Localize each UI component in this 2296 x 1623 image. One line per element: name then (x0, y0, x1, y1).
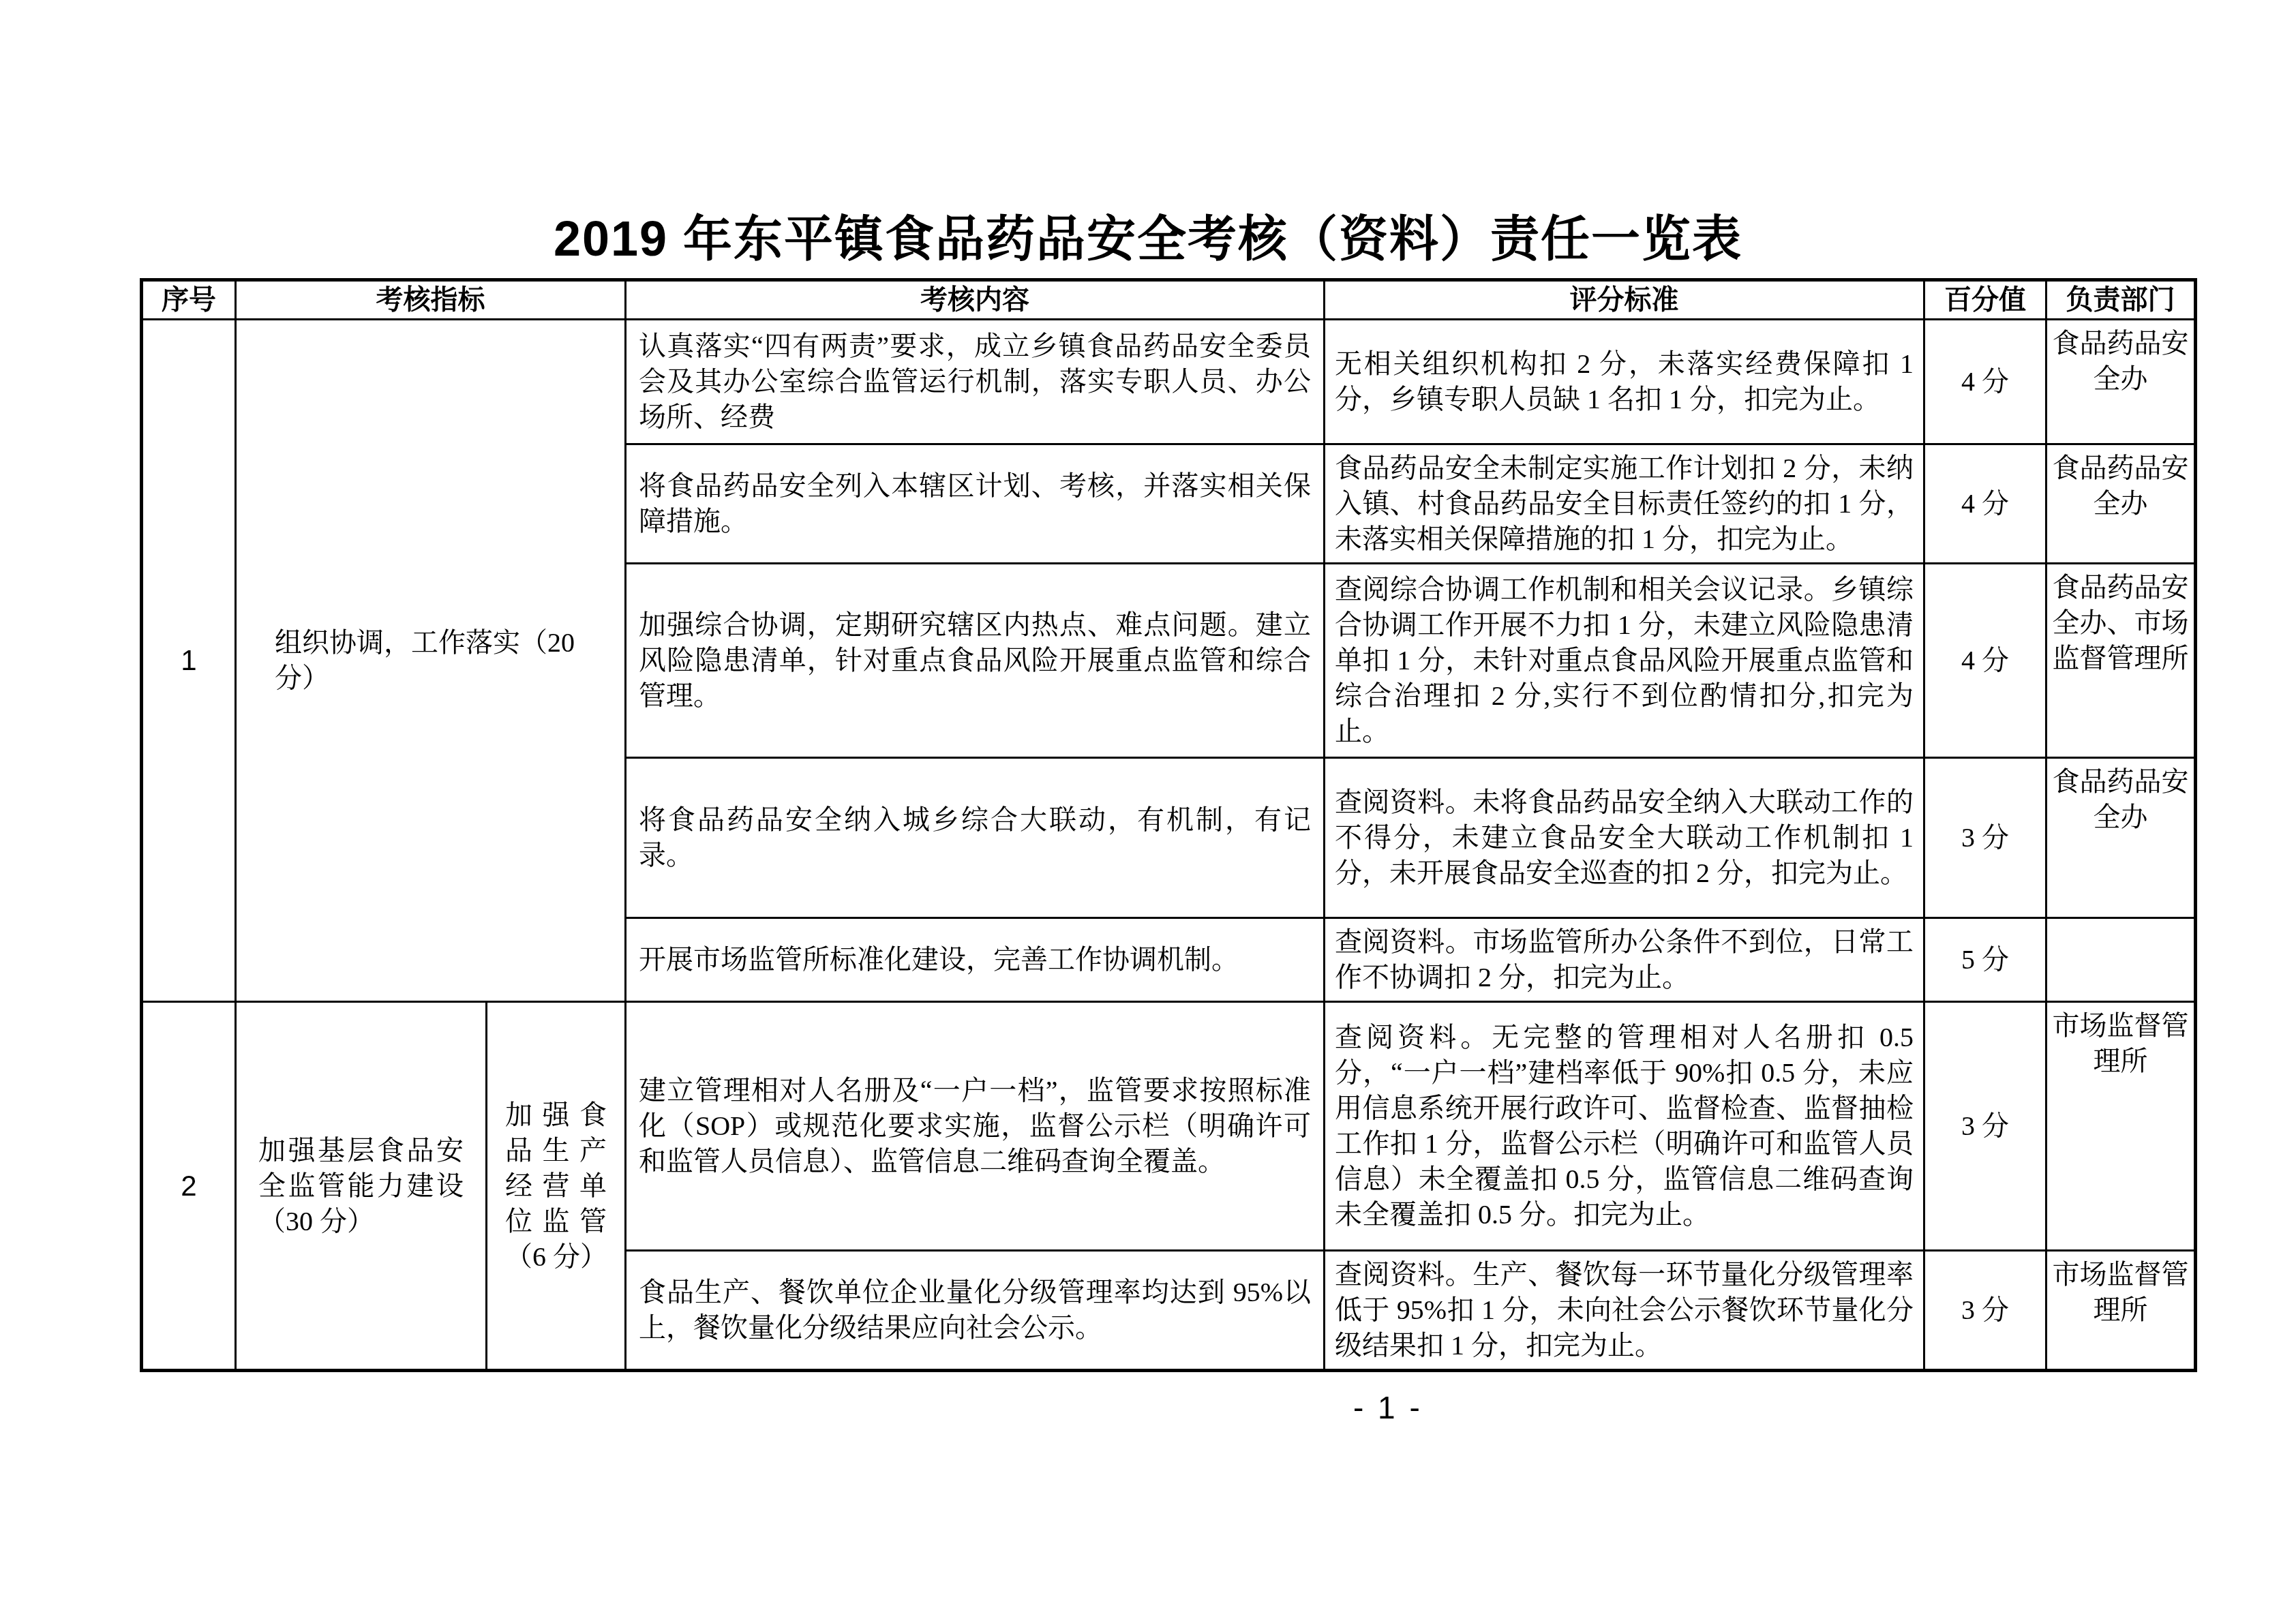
table-row: 2 加强基层食品安全监管能力建设（30 分） 加强食品生产经营单位监管（6 分）… (142, 1002, 2196, 1251)
table-header-row: 序号 考核指标 考核内容 评分标准 百分值 负责部门 (142, 280, 2196, 320)
header-indicator: 考核指标 (236, 280, 626, 320)
header-score: 百分值 (1924, 280, 2046, 320)
cell-criteria: 查阅资料。未将食品药品安全纳入大联动工作的不得分，未建立食品安全大联动工作机制扣… (1325, 758, 1924, 918)
cell-score: 4 分 (1924, 444, 2046, 564)
cell-score: 3 分 (1924, 1002, 2046, 1251)
cell-content: 建立管理相对人名册及“一户一档”，监管要求按照标准化（SOP）或规范化要求实施，… (626, 1002, 1325, 1251)
table-row: 1 组织协调，工作落实（20 分） 认真落实“四有两责”要求，成立乡镇食品药品安… (142, 320, 2196, 444)
cell-department: 食品药品安全办、市场监督管理所 (2046, 564, 2196, 758)
assessment-table: 序号 考核指标 考核内容 评分标准 百分值 负责部门 1 组织协调，工作落实（2… (140, 278, 2197, 1372)
cell-content: 开展市场监管所标准化建设，完善工作协调机制。 (626, 918, 1325, 1002)
cell-score: 3 分 (1924, 758, 2046, 918)
cell-no: 2 (142, 1002, 236, 1371)
cell-content: 认真落实“四有两责”要求，成立乡镇食品药品安全委员会及其办公室综合监管运行机制，… (626, 320, 1325, 444)
cell-content: 将食品药品安全列入本辖区计划、考核，并落实相关保障措施。 (626, 444, 1325, 564)
cell-score: 5 分 (1924, 918, 2046, 1002)
cell-score: 4 分 (1924, 564, 2046, 758)
header-no: 序号 (142, 280, 236, 320)
cell-indicator: 加强基层食品安全监管能力建设（30 分） (236, 1002, 487, 1371)
cell-content: 将食品药品安全纳入城乡综合大联动，有机制，有记录。 (626, 758, 1325, 918)
cell-department: 市场监督管理所 (2046, 1002, 2196, 1251)
document-page: 2019 年东平镇食品药品安全考核（资料）责任一览表 序号 考核指标 考核内容 … (0, 0, 2296, 1623)
cell-criteria: 查阅资料。市场监管所办公条件不到位，日常工作不协调扣 2 分，扣完为止。 (1325, 918, 1924, 1002)
cell-department: 食品药品安全办 (2046, 758, 2196, 918)
cell-score: 3 分 (1924, 1251, 2046, 1371)
cell-score: 4 分 (1924, 320, 2046, 444)
cell-criteria: 查阅资料。生产、餐饮每一环节量化分级管理率低于 95%扣 1 分，未向社会公示餐… (1325, 1251, 1924, 1371)
cell-criteria: 食品药品安全未制定实施工作计划扣 2 分，未纳入镇、村食品药品安全目标责任签约的… (1325, 444, 1924, 564)
cell-indicator: 组织协调，工作落实（20 分） (236, 320, 626, 1002)
cell-no: 1 (142, 320, 236, 1002)
page-number: - 1 - (1353, 1389, 1423, 1426)
header-criteria: 评分标准 (1325, 280, 1924, 320)
cell-content: 食品生产、餐饮单位企业量化分级管理率均达到 95%以上，餐饮量化分级结果应向社会… (626, 1251, 1325, 1371)
cell-sub-indicator: 加强食品生产经营单位监管（6 分） (487, 1002, 626, 1371)
header-content: 考核内容 (626, 280, 1325, 320)
cell-criteria: 查阅综合协调工作机制和相关会议记录。乡镇综合协调工作开展不力扣 1 分，未建立风… (1325, 564, 1924, 758)
cell-department: 食品药品安全办 (2046, 320, 2196, 444)
cell-department: 食品药品安全办 (2046, 444, 2196, 564)
cell-criteria: 无相关组织机构扣 2 分，未落实经费保障扣 1 分，乡镇专职人员缺 1 名扣 1… (1325, 320, 1924, 444)
page-title: 2019 年东平镇食品药品安全考核（资料）责任一览表 (0, 199, 2296, 270)
header-department: 负责部门 (2046, 280, 2196, 320)
cell-criteria: 查阅资料。无完整的管理相对人名册扣 0.5 分，“一户一档”建档率低于 90%扣… (1325, 1002, 1924, 1251)
cell-content: 加强综合协调，定期研究辖区内热点、难点问题。建立风险隐患清单，针对重点食品风险开… (626, 564, 1325, 758)
cell-department (2046, 918, 2196, 1002)
cell-department: 市场监督管理所 (2046, 1251, 2196, 1371)
